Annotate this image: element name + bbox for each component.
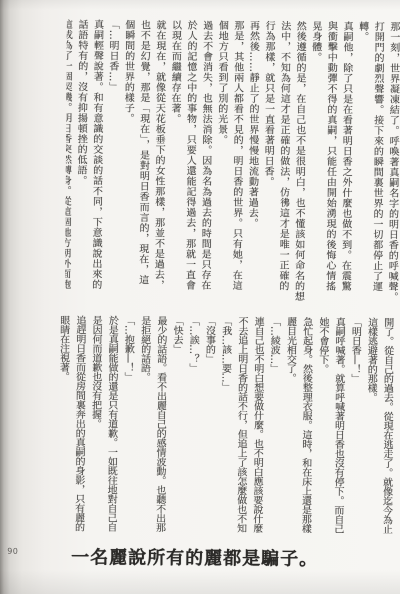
text-column: 追趕明日香而從房間裏奔出的真嗣的身影，只有麗的緋紅的 xyxy=(69,315,87,531)
text-column: 於是真嗣能做的還是只有道歉。一如既往地對自己自身到底 xyxy=(102,315,120,531)
text-column: 個瞬間的世界的樣子。 xyxy=(118,19,136,303)
text-column: 真嗣呼喊著。就算呼喊著明日香也沒有停下。而自己也知道 xyxy=(329,317,347,533)
text-column: 真嗣他，除了只是在看著明日香之外什麼也做不到。在震驚 xyxy=(337,21,355,305)
text-column: 「快去」 xyxy=(167,316,185,532)
footer-quote: 一名麗說所有的麗都是騙子。 xyxy=(71,543,318,571)
top-text-block: 那一刻，世界凝凍結了。呼喚著真嗣名字的明日香的呼喊聲。打開門的劇烈聲響。接下來的… xyxy=(65,19,400,305)
text-column: 最少的話語。看不出麗自己的感情波動。也聽不出那是不 xyxy=(150,316,168,532)
text-column: 然後遵循的是，在自己也不是很明白，也不懂該如何命名的想 xyxy=(290,21,308,305)
text-column: 真嗣輕聲說著。和有意識的交談的話不同，下意識說出來的 xyxy=(87,19,105,303)
text-column: 以現在而繼續存在著。 xyxy=(165,20,183,304)
text-column: 麗目光相交了。 xyxy=(280,317,298,533)
page-number: 90 xyxy=(7,547,18,556)
text-column: 不去追上明日香的話不行，但追上了該怎麼做也不知道。 xyxy=(231,316,249,532)
text-column: 那是，其他兩人都看不見的，明日香的世界。只有她，在這 xyxy=(227,20,245,304)
text-column: 「我…該…要…」 xyxy=(215,316,233,532)
text-column: 「明日香—！」 xyxy=(345,317,363,533)
page-content: 那一刻，世界凝凍結了。呼喚著真嗣名字的明日香的呼喊聲。打開門的劇烈聲響。接下來的… xyxy=(0,0,400,594)
text-column: 「…抱歉—！」 xyxy=(118,315,136,531)
text-column: 她不會停下。 xyxy=(312,317,330,533)
text-column: 「…明日香…」 xyxy=(103,19,121,303)
text-column: 這樣逃避著的那樣。 xyxy=(361,317,379,533)
text-column: 轉。 xyxy=(352,21,370,305)
text-column: 眼睛在注視著。 xyxy=(55,315,70,531)
text-column: 是拒絕的話語。 xyxy=(134,316,152,532)
text-column: 那一刻，世界凝凍結了。呼喚著真嗣名字的明日香的呼喊聲。 xyxy=(383,21,400,305)
book-page-scan: 那一刻，世界凝凍結了。呼喚著真嗣名字的明日香的呼喊聲。打開門的劇烈聲響。接下來的… xyxy=(0,0,400,594)
text-column: 「…綾波…」 xyxy=(264,316,282,532)
text-column: 「…誒…？」 xyxy=(183,316,201,532)
text-column: 「沒事的」 xyxy=(199,316,217,532)
text-column: 是因何而道歉也沒有把握。 xyxy=(86,315,104,531)
text-column: 與衝擊中動彈不得的真嗣，只能任由開始湧現的後悔心情搖 xyxy=(321,21,339,305)
text-column: 急忙起身。然後整理衣服。這時，和在床上還是那樣躺著的 xyxy=(296,317,314,533)
text-column: 開了。從自己的過去。從現在逃走了。就像迄今為止都是像 xyxy=(377,317,395,533)
text-column: 過去不會消失，也無法消除。因為名為過去的時間是只存在 xyxy=(196,20,214,304)
text-column: 法中，不知為何這才是正確的做法，仿彿這才是唯一正確的 xyxy=(274,21,292,305)
bottom-text-block: 開了。從自己的過去。從現在逃走了。就像迄今為止都是像這樣逃避著的那樣。「明日香—… xyxy=(55,315,394,533)
text-column: 打開門的劇烈聲響。接下來的瞬間裏世界的一切都停止了運 xyxy=(368,21,386,305)
text-column: 就在現在，就像從天花板垂下的女性那樣，那並不是過去， xyxy=(149,20,167,304)
text-column: 於人的記憶之中的事物，只要人還能記得過去，那就一直會 xyxy=(181,20,199,304)
text-column: 也不是幻覺，那是「現在」，是對明日香而言的，現在，這 xyxy=(134,20,152,304)
text-column: 再然後……靜止了的世界慢慢地流動著過去。 xyxy=(243,20,261,304)
text-column: 連自己也不明白想要做什麼。也不明白應該要說什麼。覺得 xyxy=(248,316,266,532)
